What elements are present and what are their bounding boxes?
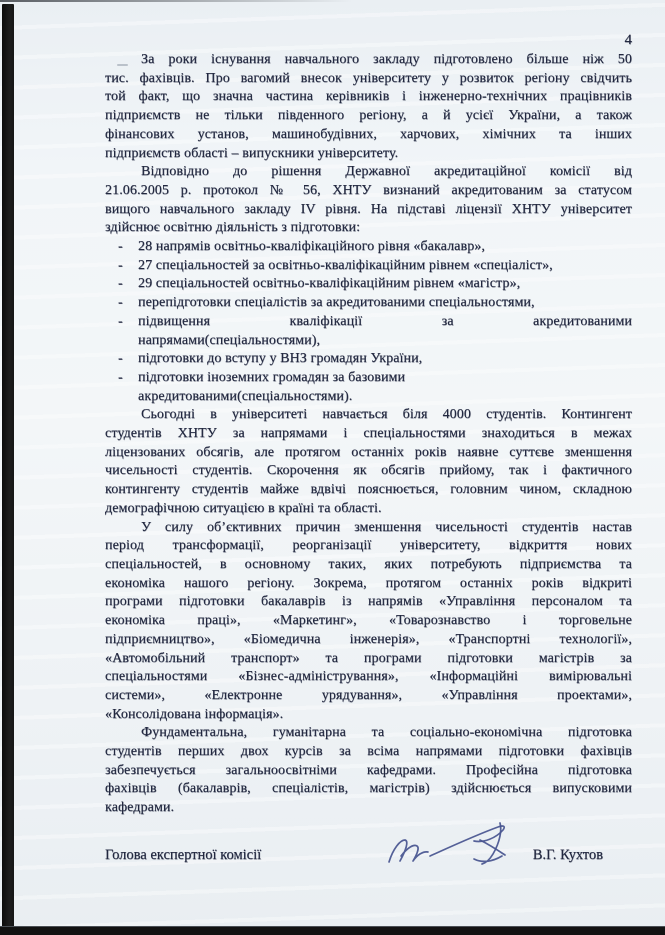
text-line: забезпечується загальноосвітніми кафедра… bbox=[105, 762, 632, 781]
list-marker: - bbox=[105, 369, 138, 406]
text-line: «Автомобільний транспорт» та програми пі… bbox=[105, 650, 632, 669]
signer-name: В.Г. Кухтов bbox=[533, 847, 603, 864]
list-item: -29 спеціальностей освітньо-кваліфікацій… bbox=[105, 275, 632, 294]
list-marker: - bbox=[105, 313, 138, 350]
text-line: програми підготовки бакалаврів із напрям… bbox=[105, 593, 632, 612]
list-item-text: 29 спеціальностей освітньо-кваліфікаційн… bbox=[138, 275, 632, 294]
text-line: перепідготовки спеціалістів за акредитов… bbox=[138, 294, 632, 313]
text-line: «Консолідована інформація». bbox=[105, 706, 632, 725]
text-line: контингенту студентів майже вдвічі поясн… bbox=[105, 481, 632, 500]
text-line: кафедрами. bbox=[105, 799, 632, 818]
text-line: студентів перших двох курсів за всіма на… bbox=[105, 743, 632, 762]
text-line: 29 спеціальностей освітньо-кваліфікаційн… bbox=[138, 275, 632, 294]
list-marker: - bbox=[105, 275, 138, 294]
document-body: За роки існування навчального закладу пі… bbox=[105, 51, 632, 818]
scan-artifact-bottom-bar bbox=[0, 926, 665, 935]
list-item: -підвищення кваліфікації за акредитовани… bbox=[105, 313, 632, 350]
text-line: Фундаментальна, гуманітарна та соціально… bbox=[105, 724, 632, 743]
text-line: тис. фахівців. Про вагомий внесок універ… bbox=[105, 70, 632, 89]
text-line: період трансформації, реорганізації унів… bbox=[105, 537, 632, 556]
text-line: фінансових установ, машинобудівних, харч… bbox=[105, 126, 632, 145]
text-line: вищого навчального закладу IV рівня. На … bbox=[105, 201, 632, 220]
paragraph: Сьогодні в університеті навчається біля … bbox=[105, 406, 632, 518]
scanned-document-page: 4 За роки існування навчального закладу … bbox=[0, 0, 665, 935]
text-line: напрямами(спеціальностями), bbox=[138, 332, 632, 351]
paragraph: Фундаментальна, гуманітарна та соціально… bbox=[105, 724, 632, 818]
text-line: підвищення кваліфікації за акредитованим… bbox=[138, 313, 632, 332]
text-line: фахівців (бакалаврів, спеціалістів, магі… bbox=[105, 780, 632, 799]
list-item-text: підвищення кваліфікації за акредитованим… bbox=[138, 313, 632, 350]
text-line: акредитованими(спеціальностями). bbox=[138, 388, 632, 407]
text-line: спеціальностями «Бізнес-адміністрування»… bbox=[105, 668, 632, 687]
list-marker: - bbox=[105, 257, 138, 276]
list-marker: - bbox=[105, 350, 138, 369]
text-line: студентів ХНТУ за напрямами і спеціально… bbox=[105, 425, 632, 444]
list-item-text: перепідготовки спеціалістів за акредитов… bbox=[138, 294, 632, 313]
list-item-text: 27 спеціальностей за освітньо-кваліфікац… bbox=[138, 257, 632, 276]
paragraph: У силу об’єктивних причин зменшення чисе… bbox=[105, 519, 632, 725]
text-line: ліцензованих обсягів, але протягом остан… bbox=[105, 444, 632, 463]
text-line: 21.06.2005 р. протокол № 56, ХНТУ визнан… bbox=[105, 182, 632, 201]
list-marker: - bbox=[105, 294, 138, 313]
text-line: 27 спеціальностей за освітньо-кваліфікац… bbox=[138, 257, 632, 276]
text-line: здійснює освітню діяльність з підготовки… bbox=[105, 219, 632, 238]
page-number: 4 bbox=[625, 32, 633, 49]
scan-artifact-top-line bbox=[0, 0, 352, 2]
signature-block: Голова експертної комісії В.Г. Кухтов bbox=[105, 847, 632, 864]
text-line: економіка праці», «Маркетинг», «Товарозн… bbox=[105, 612, 632, 631]
list-item-text: 28 напрямів освітньо-кваліфікаційного рі… bbox=[138, 238, 632, 257]
scan-artifact-left-bar bbox=[2, 4, 14, 935]
list-item: -підготовки іноземних громадян за базови… bbox=[105, 369, 632, 406]
text-line: підприємств не тільки південного регіону… bbox=[105, 107, 632, 126]
text-line: демографічною ситуацією в країні та обла… bbox=[105, 500, 632, 519]
signer-role: Голова експертної комісії bbox=[105, 847, 261, 864]
text-line: підприємств області – випускники універс… bbox=[105, 145, 632, 164]
list-marker: - bbox=[105, 238, 138, 257]
paragraph: Відповідно до рішення Державної акредита… bbox=[105, 163, 632, 238]
text-line: економіка нашого регіону. Зокрема, протя… bbox=[105, 575, 632, 594]
list-item-text: підготовки іноземних громадян за базовим… bbox=[138, 369, 632, 406]
paragraph: За роки існування навчального закладу пі… bbox=[105, 51, 632, 163]
text-line: системи», «Електронне урядування», «Упра… bbox=[105, 687, 632, 706]
text-line: Сьогодні в університеті навчається біля … bbox=[105, 406, 632, 425]
text-line: підготовки іноземних громадян за базовим… bbox=[138, 369, 632, 388]
text-line: підготовки до вступу у ВНЗ громадян Укра… bbox=[138, 350, 632, 369]
list-item-text: підготовки до вступу у ВНЗ громадян Укра… bbox=[138, 350, 632, 369]
list-item: -перепідготовки спеціалістів за акредито… bbox=[105, 294, 632, 313]
text-line: У силу об’єктивних причин зменшення чисе… bbox=[105, 519, 632, 538]
list-item: -28 напрямів освітньо-кваліфікаційного р… bbox=[105, 238, 632, 257]
text-line: 28 напрямів освітньо-кваліфікаційного рі… bbox=[138, 238, 632, 257]
text-line: спеціальностей, в основному таких, яких … bbox=[105, 556, 632, 575]
text-line: За роки існування навчального закладу пі… bbox=[105, 51, 632, 70]
list-item: -підготовки до вступу у ВНЗ громадян Укр… bbox=[105, 350, 632, 369]
text-line: чисельності студентів. Скорочення як обс… bbox=[105, 462, 632, 481]
list-item: -27 спеціальностей за освітньо-кваліфіка… bbox=[105, 257, 632, 276]
text-line: підприємництво», «Біомедична інженерія»,… bbox=[105, 631, 632, 650]
text-line: той факт, що значна частина керівників і… bbox=[105, 88, 632, 107]
text-line: Відповідно до рішення Державної акредита… bbox=[105, 163, 632, 182]
